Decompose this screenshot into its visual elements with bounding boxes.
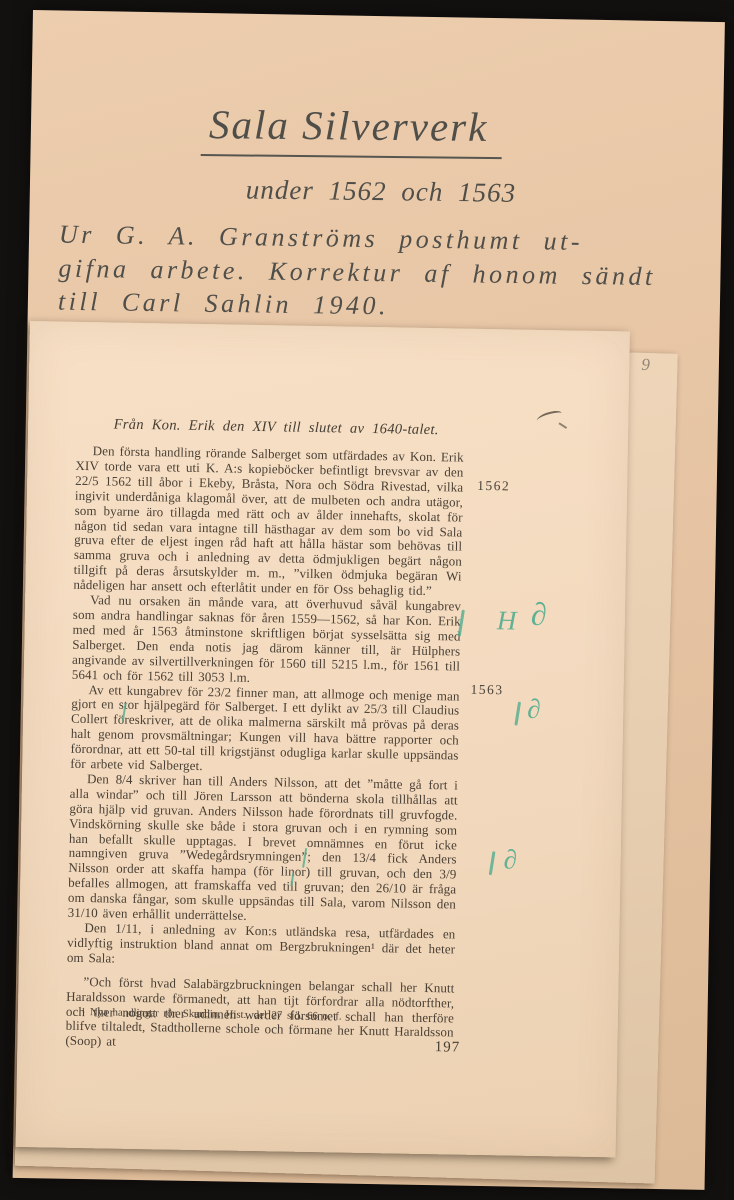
margin-year-1562: 1562 <box>477 478 510 495</box>
paragraph: Vad nu orsaken än månde vara, att överhu… <box>72 593 462 689</box>
proof-h-mark: H <box>497 605 517 636</box>
page-number: 197 <box>415 1039 479 1057</box>
printed-proof-page: Från Kon. Erik den XIV till slutet av 16… <box>16 321 630 1157</box>
margin-year-1563: 1563 <box>470 682 503 699</box>
handwritten-annotation: Ur G. A. Granströms posthumt ut-gifna ar… <box>58 218 734 328</box>
paragraph: Den första handling rörande Salberget so… <box>73 444 464 600</box>
paragraph: Den 8/4 skriver han till Anders Nilsson,… <box>68 772 459 928</box>
proof-stroke-icon <box>514 702 520 726</box>
chapter-heading: Från Kon. Erik den XIV till slutet av 16… <box>76 416 476 440</box>
archive-photograph: Sala Silververk under 1562 och 1563 Ur G… <box>0 0 734 1200</box>
deleatur-icon: ∂ <box>531 596 547 633</box>
body-text: Den första handling rörande Salberget so… <box>65 444 464 1056</box>
ink-smudge <box>556 422 567 432</box>
deleatur-icon: ∂ <box>503 844 517 875</box>
handwritten-title: Sala Silververk <box>201 100 503 159</box>
handwritten-subtitle: under 1562 och 1563 <box>246 174 517 208</box>
deleatur-icon: ∂ <box>527 694 541 725</box>
paragraph: Av ett kungabrev för 23/2 finner man, at… <box>70 682 460 778</box>
pencil-numeral: 9 <box>641 355 650 375</box>
proof-stroke-icon <box>489 851 495 875</box>
paragraph: Den 1/11, i anledning av Kon:s utländska… <box>67 921 456 972</box>
